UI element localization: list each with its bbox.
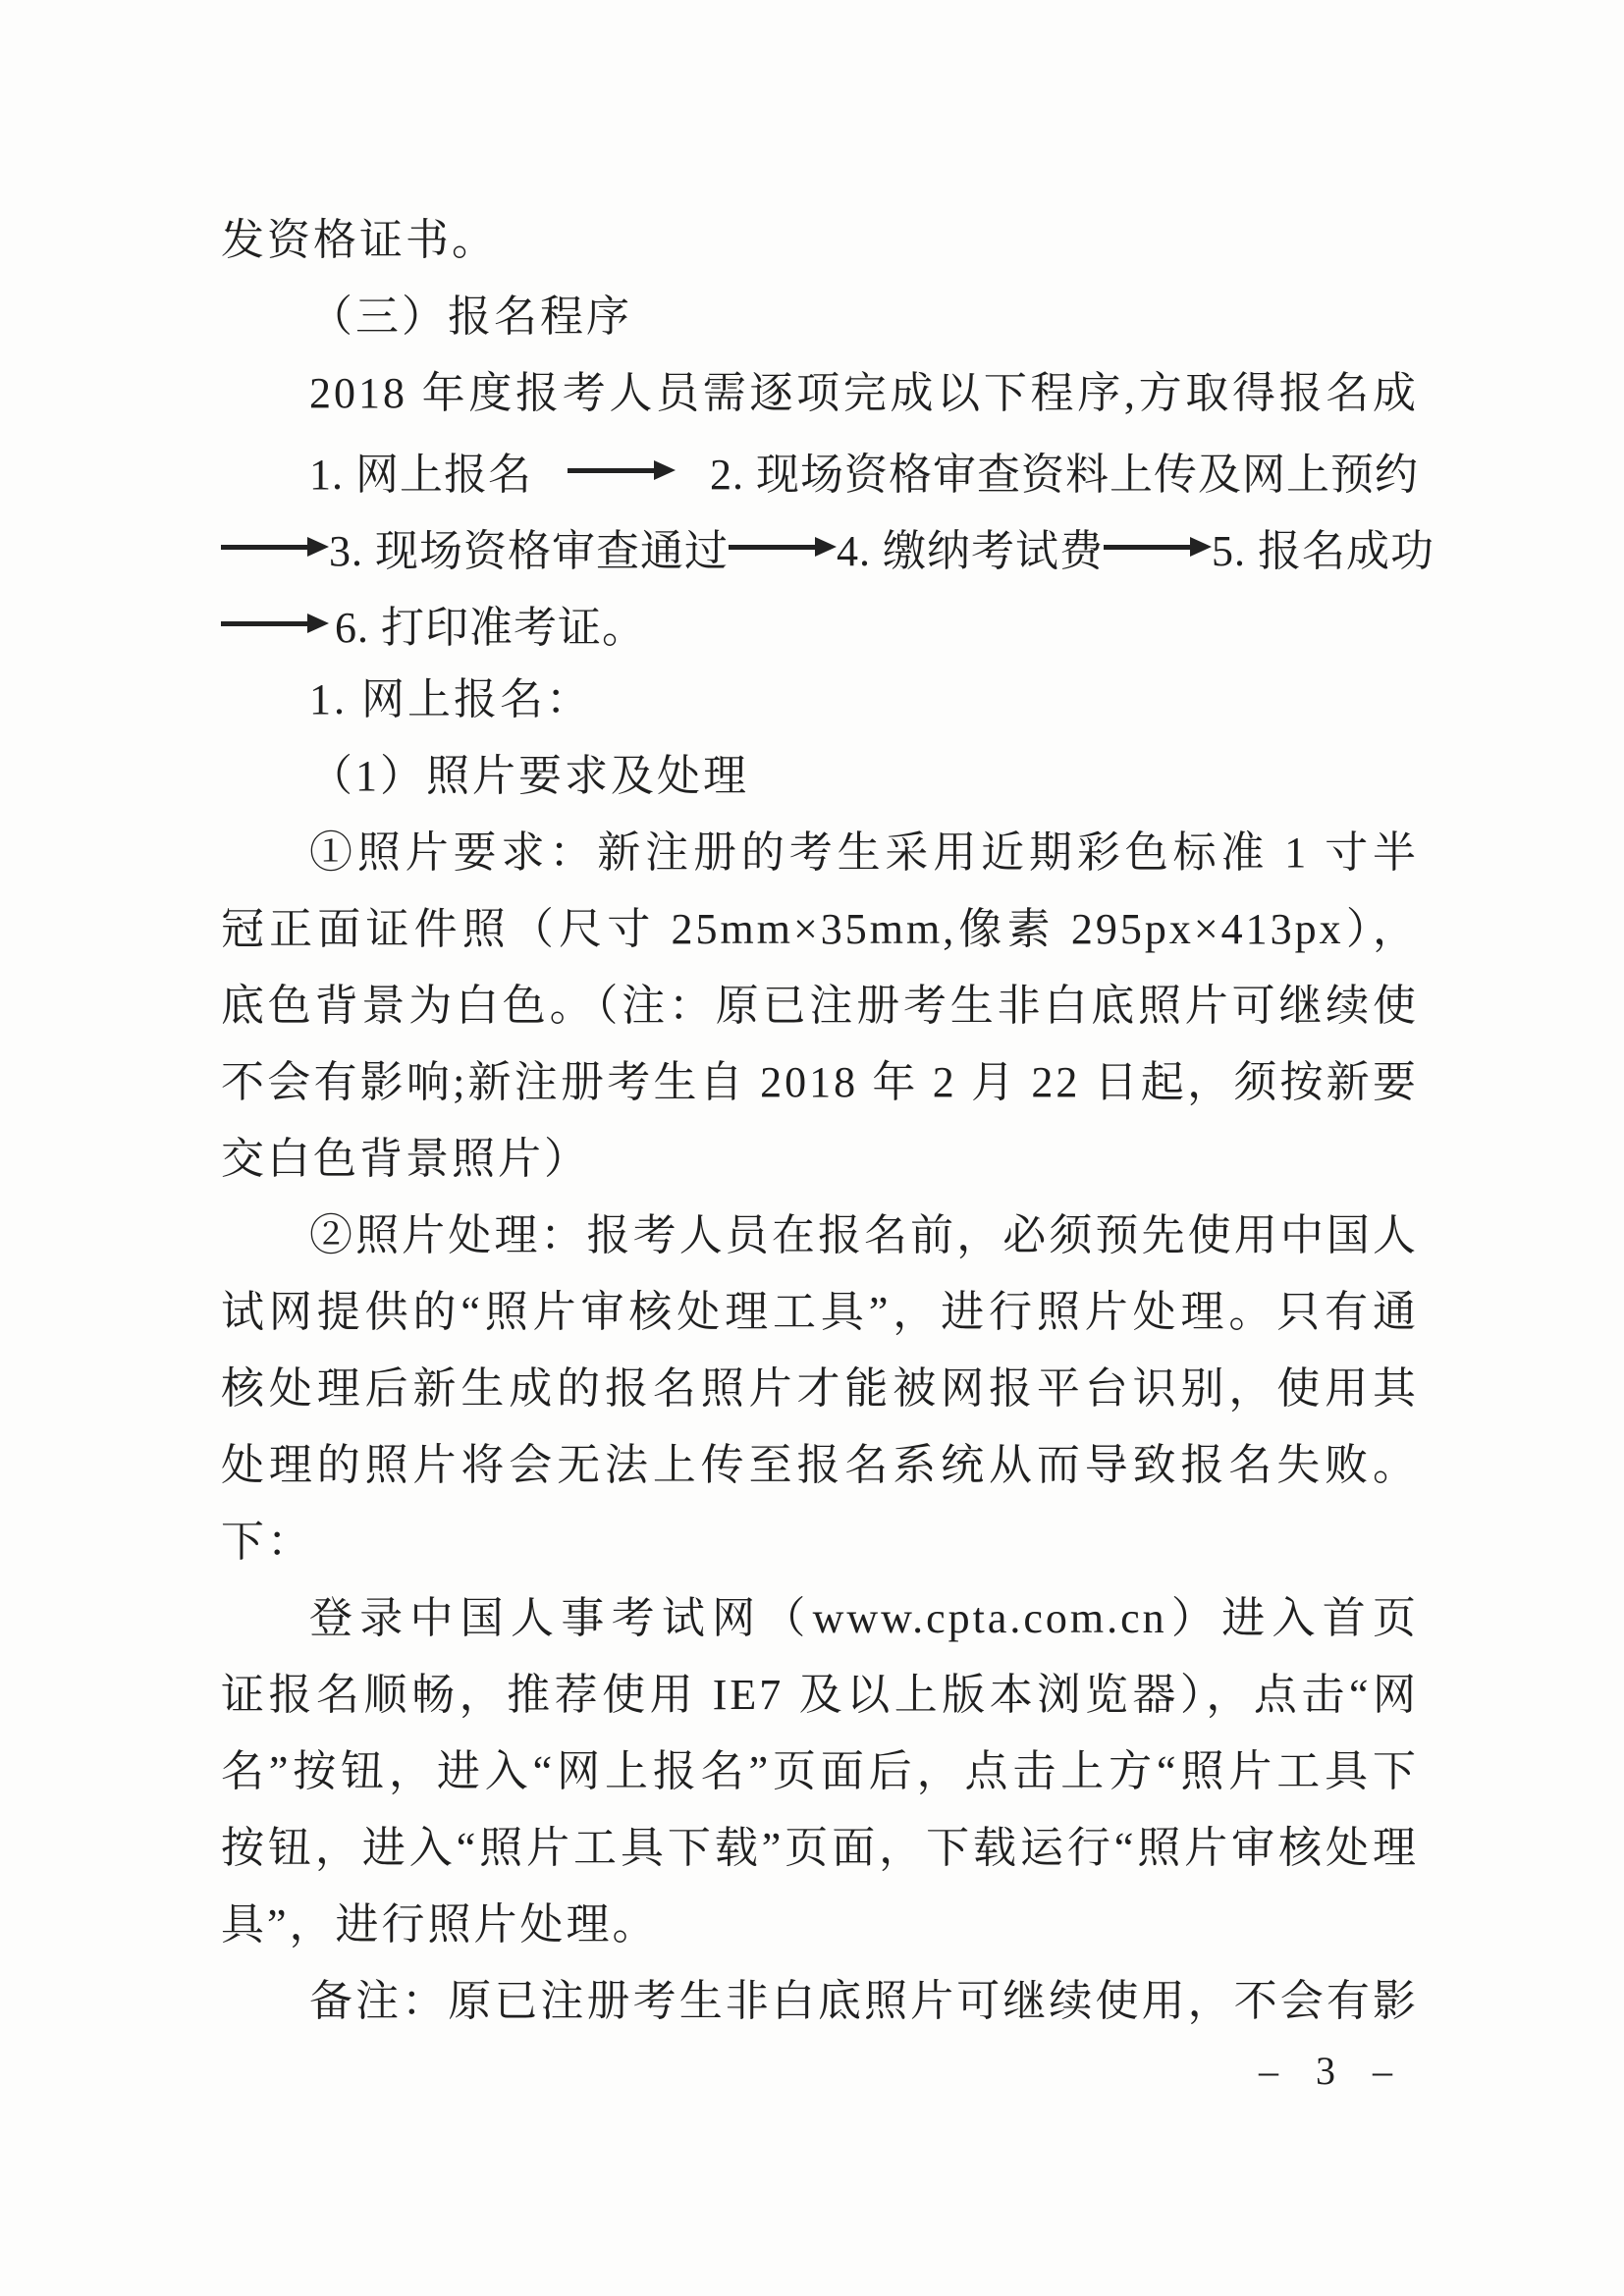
text-line: 冠正面证件照（尺寸 25mm×35mm,像素 295px×413px），照片 [221,891,1419,968]
text-line: 下： [221,1504,1419,1580]
flow-step-2: 2. 现场资格审查资料上传及网上预约 [710,439,1419,502]
text-line: 名”按钮，进入“网上报名”页面后，点击上方“照片工具下载” [221,1734,1419,1810]
text-line: 2018 年度报考人员需逐项完成以下程序,方取得报名成功： [221,355,1419,432]
text-line: 发资格证书。 [221,202,1419,279]
text-line: 登录中国人事考试网（www.cpta.com.cn）进入首页（为保 [221,1580,1419,1657]
text-line: 试网提供的“照片审核处理工具”，进行照片处理。只有通过审 [221,1274,1419,1351]
flow-step-4: 4. 缴纳考试费 [837,515,1104,578]
page-number: – 3 – [0,2050,1406,2093]
text-line: 不会有影响;新注册考生自 2018 年 2 月 22 日起，须按新要求提 [221,1044,1419,1121]
flow-row-3: 6. 打印准考证。 [221,585,1419,662]
document-page: 发资格证书。 （三）报名程序 2018 年度报考人员需逐项完成以下程序,方取得报… [0,0,1624,2296]
list-heading: （1）照片要求及处理 [221,738,1419,815]
flow-step-3: 3. 现场资格审查通过 [329,515,729,578]
right-arrow-icon [221,537,329,557]
flow-step-1: 1. 网上报名 [309,439,532,502]
text-line: 按钮，进入“照片工具下载”页面，下载运行“照片审核处理工 [221,1810,1419,1887]
text-line: 具”，进行照片处理。 [221,1887,1419,1963]
text-line: 底色背景为白色。（注：原已注册考生非白底照片可继续使用， [221,968,1419,1044]
flow-step-5: 5. 报名成功 [1212,515,1435,578]
flow-row-2: 3. 现场资格审查通过 4. 缴纳考试费 5. 报名成功 [221,508,1419,585]
text-line: 处理的照片将会无法上传至报名系统从而导致报名失败。操作如 [221,1427,1419,1504]
text-line: 备注：原已注册考生非白底照片可继续使用，不会有影响； [221,1963,1419,2040]
right-arrow-icon [221,614,329,633]
list-heading: 1. 网上报名： [221,662,1419,738]
text-line: ②照片处理：报考人员在报名前，必须预先使用中国人事考 [221,1198,1419,1274]
flow-step-6: 6. 打印准考证。 [335,592,646,655]
text-line: ①照片要求：新注册的考生采用近期彩色标准 1 寸半身免 [221,815,1419,891]
text-line: 交白色背景照片） [221,1121,1419,1198]
right-arrow-icon [729,537,837,557]
document-body: 发资格证书。 （三）报名程序 2018 年度报考人员需逐项完成以下程序,方取得报… [221,202,1419,2040]
text-line: 核处理后新生成的报名照片才能被网报平台识别，使用其它软件 [221,1351,1419,1427]
section-heading: （三）报名程序 [221,279,1419,355]
right-arrow-icon [1104,537,1212,557]
flow-row-1: 1. 网上报名 2. 现场资格审查资料上传及网上预约 [221,432,1419,508]
text-line: 证报名顺畅，推荐使用 IE7 及以上版本浏览器），点击“网上报 [221,1657,1419,1734]
right-arrow-icon [568,460,676,480]
